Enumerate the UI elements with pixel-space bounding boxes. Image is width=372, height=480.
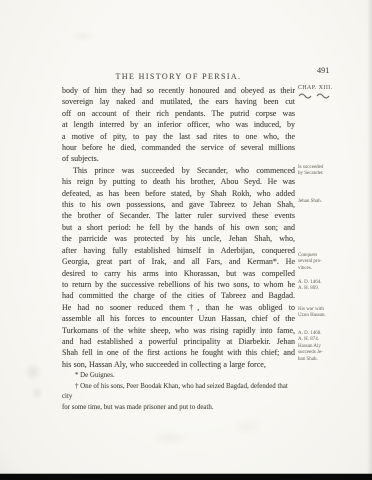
text-line: had committed the charge of the cities o… bbox=[62, 290, 295, 301]
chapter-label: CHAP. XIII. bbox=[298, 85, 348, 91]
text-line: hour before he died, commanded the servi… bbox=[62, 142, 295, 153]
text-line: of subjects. bbox=[62, 153, 295, 164]
paragraph-1: body of him they had so recently honoure… bbox=[62, 85, 295, 165]
scan-smudge bbox=[150, 430, 190, 446]
text-line: by Secander. bbox=[298, 171, 346, 177]
text-line: Shah fell in one of the first actions he… bbox=[62, 347, 295, 358]
scan-smudge bbox=[70, 30, 96, 42]
text-line: after having fully established himself i… bbox=[62, 245, 295, 256]
margin-note-war-uzun-hassan: His war withUzun Hassan. bbox=[298, 307, 346, 320]
text-line: this to his own possessions, and gave Ta… bbox=[62, 199, 295, 210]
footnotes: * De Guignes. † One of his sons, Peer Bo… bbox=[62, 371, 295, 413]
text-line: desired to carry his arms into Khorassan… bbox=[62, 268, 295, 279]
text-line: † One of his sons, Peer Boodak Khan, who… bbox=[62, 382, 295, 403]
text-line: Turkomans of the white sheep, who was ri… bbox=[62, 325, 295, 336]
scan-smudge bbox=[30, 386, 44, 400]
text-line: a motive of pity, to pay the last sad ri… bbox=[62, 131, 295, 142]
scan-smudge bbox=[24, 362, 42, 382]
text-line: Georgia, great part of Irak, and all Far… bbox=[62, 256, 295, 267]
scan-bottom-bar bbox=[0, 474, 372, 480]
text-line: off on account of their rich pendants. T… bbox=[62, 108, 295, 119]
scanned-book-page: THE HISTORY OF PERSIA. 491 CHAP. XIII. b… bbox=[0, 0, 372, 480]
chapter-heading: CHAP. XIII. bbox=[298, 85, 348, 99]
text-line: Uzun Hassan. bbox=[298, 313, 346, 319]
footnote-peer-boodak: † One of his sons, Peer Boodak Khan, who… bbox=[62, 382, 295, 414]
text-line: the brother of Secander. The latter rule… bbox=[62, 210, 295, 221]
text-line: body of him they had so recently honoure… bbox=[62, 85, 295, 96]
text-line: He had no sooner reduced them†, than he … bbox=[62, 302, 295, 313]
text-line: Jehan Shah. bbox=[298, 199, 346, 205]
text-line: for some time, but was made prisoner and… bbox=[62, 403, 295, 414]
text-line: the parricide was protected by his uncle… bbox=[62, 233, 295, 244]
page-edge-shadow bbox=[367, 0, 372, 480]
running-title: THE HISTORY OF PERSIA. bbox=[116, 72, 242, 81]
scan-smudge bbox=[230, 418, 264, 436]
text-line: assemble all his forces to encounter Uzu… bbox=[62, 313, 295, 324]
text-line: han Shah. bbox=[298, 357, 346, 363]
margin-note-jehan-shah: Jehan Shah. bbox=[298, 199, 346, 205]
margin-note-succeeded: Is succeededby Secander. bbox=[298, 165, 346, 178]
margin-note-date-1464: A. D. 1464.A. H. 869. bbox=[298, 280, 346, 293]
margin-note-hassan-aly: A. D. 1468.A. H. 874.Hassan Alysucceeds … bbox=[298, 331, 346, 363]
text-line: but a short period: he fell by the hands… bbox=[62, 222, 295, 233]
text-line: defeated, as has been before stated, by … bbox=[62, 188, 295, 199]
text-line: his reign by putting to death his brothe… bbox=[62, 176, 295, 187]
squiggle-icon bbox=[298, 92, 332, 99]
footnote-de-guignes: * De Guignes. bbox=[62, 371, 295, 382]
text-line: A. H. 869. bbox=[298, 286, 346, 292]
text-line: and had established a powerful principal… bbox=[62, 336, 295, 347]
body-text: body of him they had so recently honoure… bbox=[62, 85, 295, 370]
text-line: vinces. bbox=[298, 266, 346, 272]
page-header: THE HISTORY OF PERSIA. bbox=[62, 66, 295, 84]
text-line: sovereign lay naked and mutilated, the e… bbox=[62, 96, 295, 107]
paragraph-2: This prince was succeeded by Secander, w… bbox=[62, 165, 295, 370]
margin-note-conquers: Conquersseveral pro-vinces. bbox=[298, 253, 346, 272]
text-line: his son, Hassan Aly, who succeeded in co… bbox=[62, 359, 295, 370]
text-line: at length interred by an inferior office… bbox=[62, 119, 295, 130]
text-line: to return by the successive rebellions o… bbox=[62, 279, 295, 290]
page-number: 491 bbox=[317, 66, 329, 75]
text-line: This prince was succeeded by Secander, w… bbox=[62, 165, 295, 176]
